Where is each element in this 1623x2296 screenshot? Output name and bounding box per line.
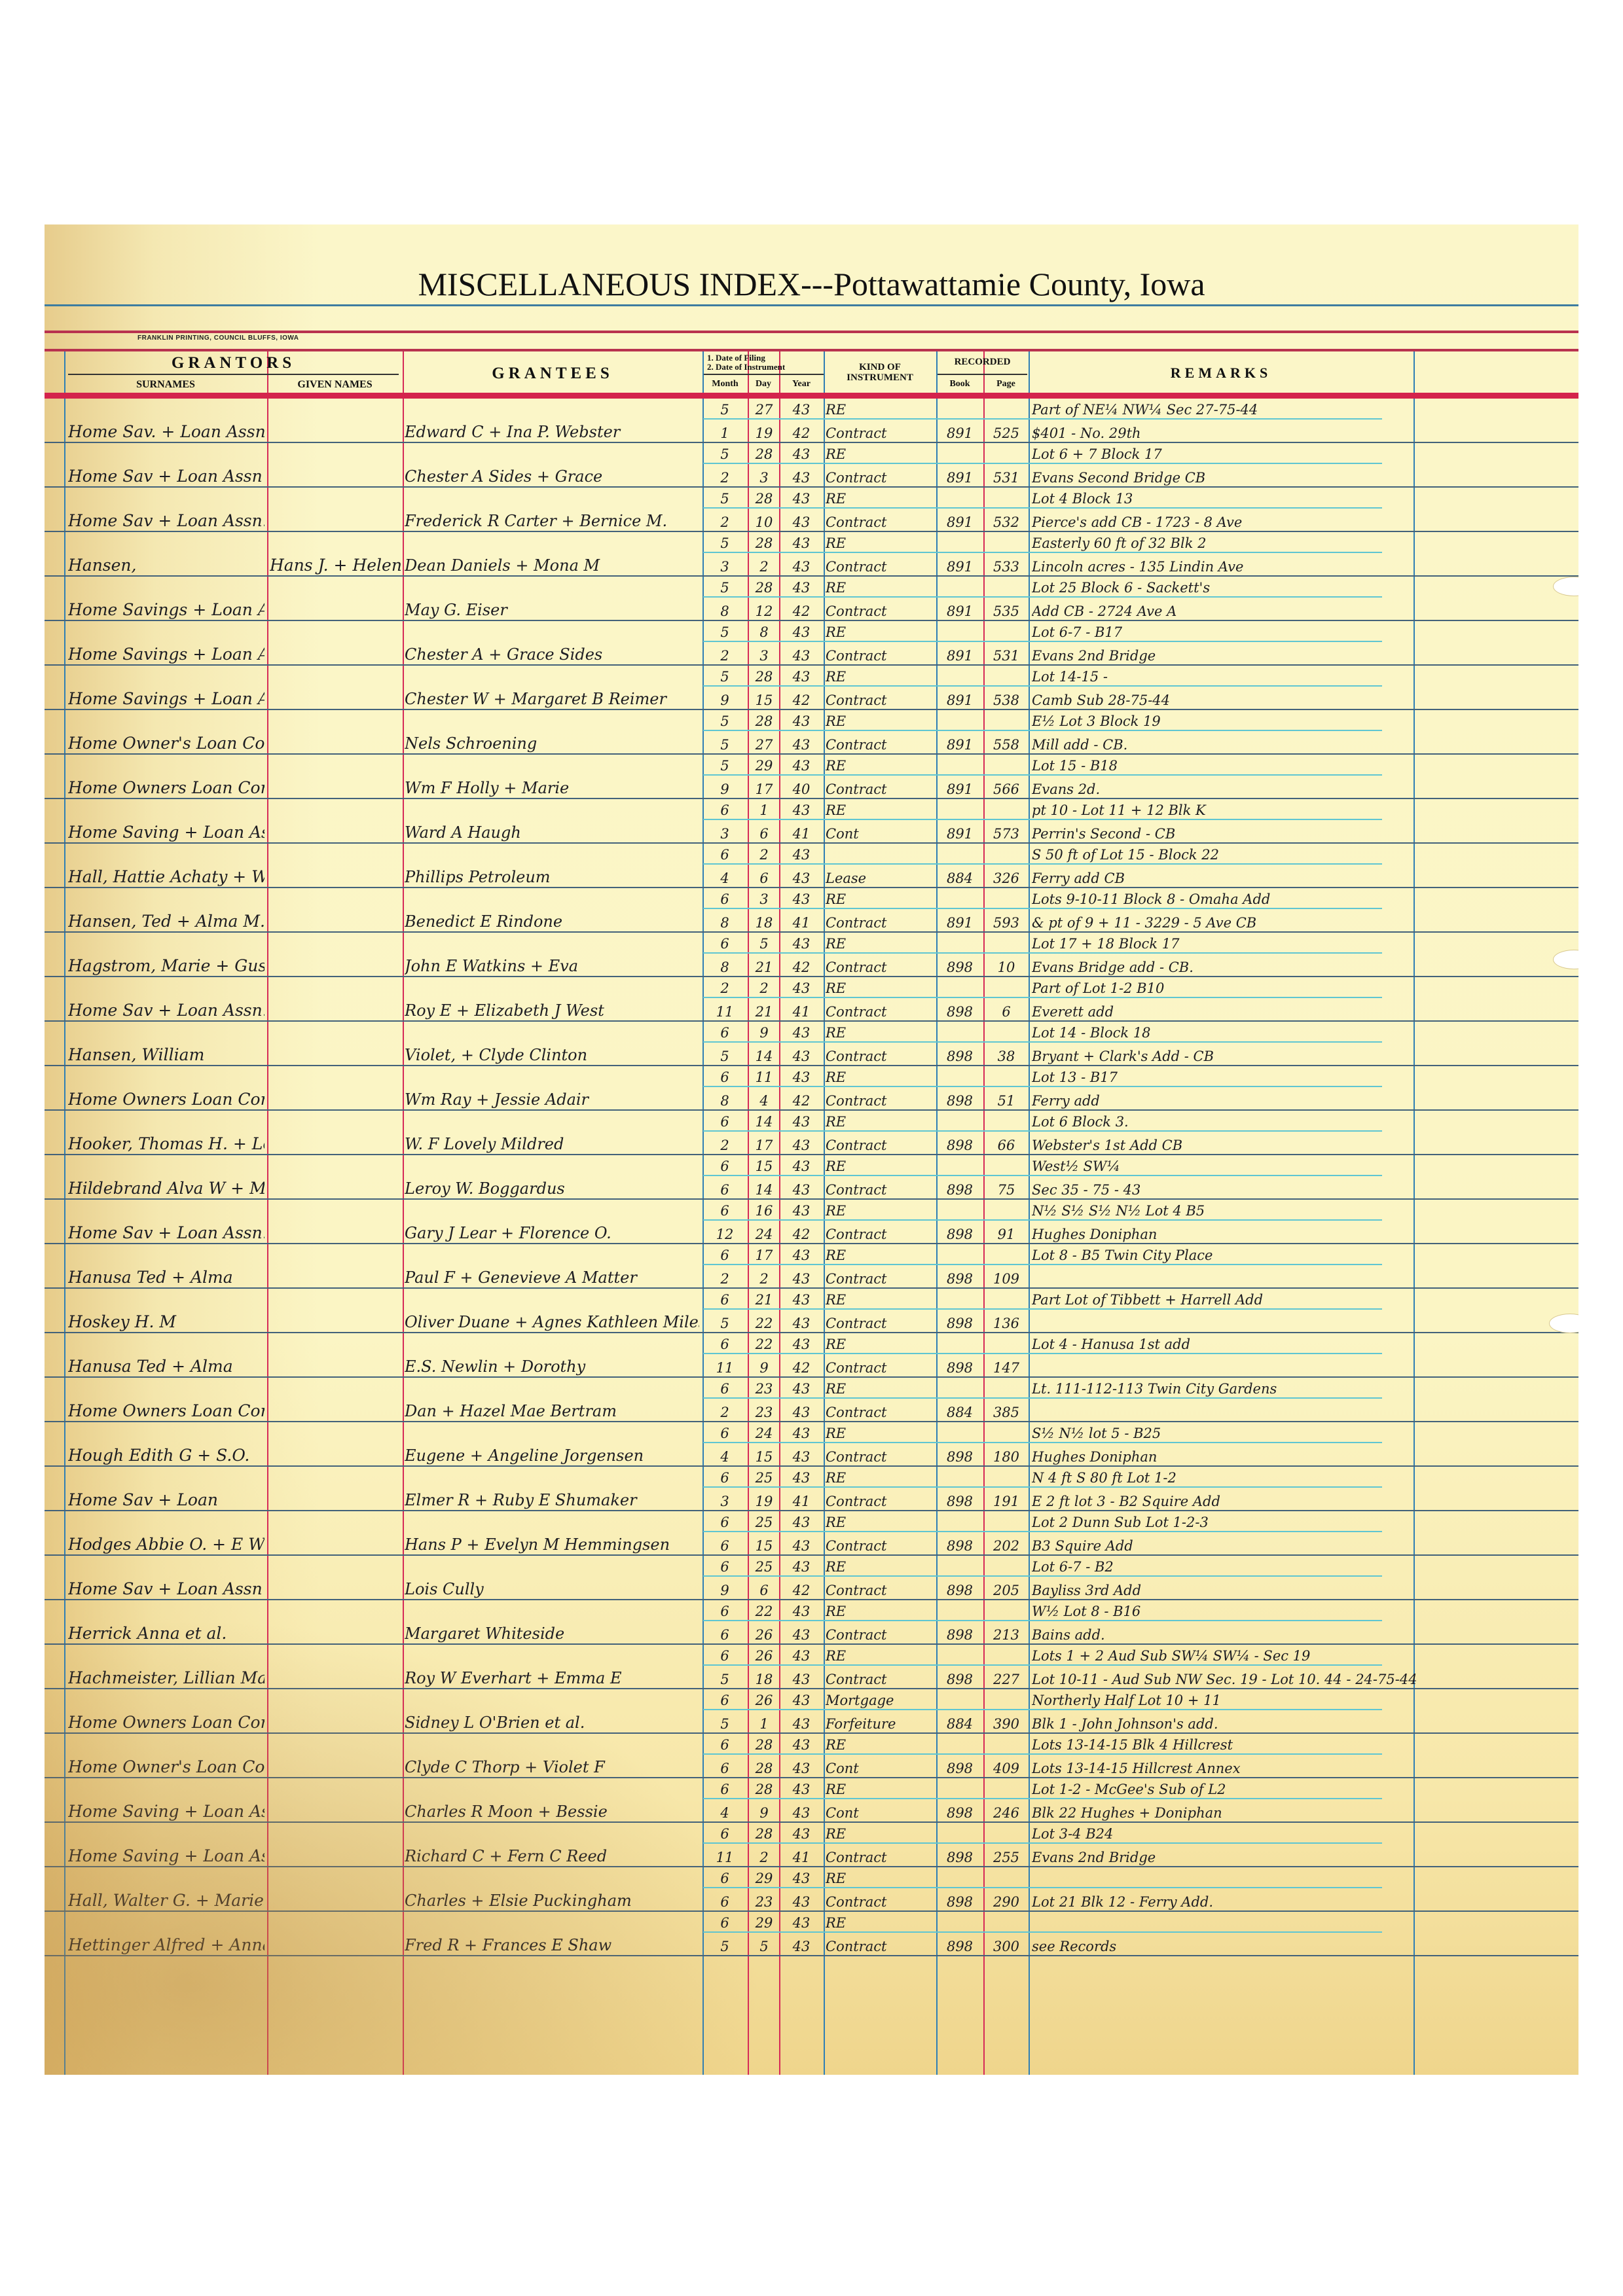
- instrument-day: 19: [749, 1494, 779, 1509]
- filing-kind: RE: [826, 624, 934, 640]
- header-remarks: REMARKS: [1029, 365, 1413, 382]
- grantee: Margaret Whiteside: [405, 1624, 699, 1643]
- instrument-remarks: Camb Sub 28-75-44: [1032, 692, 1425, 708]
- filing-month: 5: [703, 669, 746, 685]
- recorded-book: 898: [938, 1093, 982, 1109]
- filing-month: 5: [703, 446, 746, 462]
- instrument-kind: Contract: [826, 1538, 934, 1554]
- filing-month: 6: [703, 1826, 746, 1842]
- header-page: Page: [983, 379, 1029, 389]
- filing-day: 15: [749, 1158, 779, 1174]
- filing-day: 11: [749, 1069, 779, 1085]
- filing-kind: RE: [826, 491, 934, 507]
- entry-filing-line: 5 28 43 RE Lot 6 + 7 Block 17: [45, 443, 1578, 464]
- filing-day: 26: [749, 1648, 779, 1664]
- instrument-month: 5: [703, 1049, 746, 1064]
- entry-instrument-line: Home Owners Loan Corp. Dan + Hazel Mae B…: [45, 1399, 1578, 1422]
- filing-kind: RE: [826, 1737, 934, 1753]
- instrument-remarks: Pierce's add CB - 1723 - 8 Ave: [1032, 514, 1425, 530]
- grantor-surname: Hodges Abbie O. + E W: [68, 1535, 264, 1554]
- filing-day: 29: [749, 758, 779, 774]
- filing-day: 8: [749, 624, 779, 640]
- instrument-kind: Contract: [826, 1627, 934, 1643]
- instrument-remarks: Bryant + Clark's Add - CB: [1032, 1049, 1425, 1064]
- filing-day: 28: [749, 491, 779, 507]
- ledger-page: MISCELLANEOUS INDEX---Pottawattamie Coun…: [45, 224, 1578, 2075]
- filing-day: 28: [749, 446, 779, 462]
- recorded-page: 202: [985, 1538, 1028, 1554]
- instrument-month: 6: [703, 1538, 746, 1554]
- filing-kind: RE: [826, 1559, 934, 1575]
- filing-remarks: West½ SW¼: [1032, 1158, 1425, 1174]
- filing-day: 17: [749, 1247, 779, 1263]
- entry-filing-line: 6 29 43 RE: [45, 1912, 1578, 1933]
- instrument-kind: Contract: [826, 514, 934, 530]
- filing-month: 6: [703, 1559, 746, 1575]
- filing-year: 43: [780, 1292, 822, 1308]
- filing-month: 5: [703, 624, 746, 640]
- instrument-day: 5: [749, 1939, 779, 1954]
- instrument-remarks: Webster's 1st Add CB: [1032, 1138, 1425, 1153]
- recorded-book: 891: [938, 781, 982, 797]
- filing-kind: RE: [826, 1604, 934, 1619]
- filing-remarks: S½ N½ lot 5 - B25: [1032, 1426, 1425, 1441]
- filing-remarks: Easterly 60 ft of 32 Blk 2: [1032, 535, 1425, 551]
- filing-day: 28: [749, 1782, 779, 1797]
- entry-instrument-line: Home Sav + Loan Assn. Frederick R Carter…: [45, 509, 1578, 532]
- instrument-remarks: Evans Bridge add - CB.: [1032, 960, 1425, 975]
- entry-instrument-line: Home Sav + Loan Elmer R + Ruby E Shumake…: [45, 1488, 1578, 1511]
- recorded-book: 891: [938, 915, 982, 931]
- grantor-surname: Hagstrom, Marie + Gustof O.: [68, 956, 264, 975]
- filing-kind: RE: [826, 402, 934, 418]
- entry-instrument-line: Hanusa Ted + Alma E.S. Newlin + Dorothy …: [45, 1354, 1578, 1378]
- instrument-kind: Contract: [826, 737, 934, 753]
- filing-month: 6: [703, 1782, 746, 1797]
- instrument-year: 41: [780, 1494, 822, 1509]
- filing-year: 43: [780, 1114, 822, 1130]
- instrument-remarks: Evans 2d.: [1032, 781, 1425, 797]
- instrument-day: 15: [749, 1449, 779, 1465]
- instrument-year: 43: [780, 514, 822, 530]
- filing-remarks: S 50 ft of Lot 15 - Block 22: [1032, 847, 1425, 863]
- grantee: Elmer R + Ruby E Shumaker: [405, 1491, 699, 1509]
- instrument-kind: Contract: [826, 1894, 934, 1910]
- grantee: Oliver Duane + Agnes Kathleen Miles: [405, 1313, 699, 1331]
- instrument-year: 42: [780, 1227, 822, 1242]
- filing-year: 43: [780, 624, 822, 640]
- instrument-month: 8: [703, 1093, 746, 1109]
- filing-day: 3: [749, 891, 779, 907]
- filing-day: 14: [749, 1114, 779, 1130]
- filing-year: 43: [780, 847, 822, 863]
- instrument-kind: Contract: [826, 1227, 934, 1242]
- instrument-year: 43: [780, 1761, 822, 1776]
- entry-filing-line: 5 29 43 RE Lot 15 - B18: [45, 755, 1578, 776]
- filing-month: 6: [703, 802, 746, 818]
- filing-day: 5: [749, 936, 779, 952]
- instrument-day: 23: [749, 1894, 779, 1910]
- recorded-page: 532: [985, 514, 1028, 530]
- instrument-month: 5: [703, 1316, 746, 1331]
- instrument-kind: Contract: [826, 1049, 934, 1064]
- header-year: Year: [779, 379, 824, 389]
- recorded-book: 898: [938, 1271, 982, 1287]
- grantor-surname: Hanusa Ted + Alma: [68, 1268, 264, 1287]
- filing-kind: RE: [826, 1426, 934, 1441]
- recorded-book: 891: [938, 603, 982, 619]
- grantor-surname: Home Owners Loan Corp.: [68, 778, 264, 797]
- filing-remarks: W½ Lot 8 - B16: [1032, 1604, 1425, 1619]
- filing-day: 28: [749, 669, 779, 685]
- filing-month: 5: [703, 402, 746, 418]
- instrument-year: 43: [780, 1672, 822, 1687]
- recorded-page: 191: [985, 1494, 1028, 1509]
- instrument-year: 42: [780, 1583, 822, 1598]
- instrument-remarks: E 2 ft lot 3 - B2 Squire Add: [1032, 1494, 1425, 1509]
- instrument-year: 43: [780, 737, 822, 753]
- filing-month: 6: [703, 1648, 746, 1664]
- header-month: Month: [702, 379, 748, 389]
- instrument-day: 9: [749, 1360, 779, 1376]
- recorded-page: 213: [985, 1627, 1028, 1643]
- filing-year: 43: [780, 1915, 822, 1931]
- filing-remarks: Lot 3-4 B24: [1032, 1826, 1425, 1842]
- entry-instrument-line: Herrick Anna et al. Margaret Whiteside 6…: [45, 1621, 1578, 1645]
- grantor-surname: Home Sav + Loan Assn.: [68, 511, 264, 530]
- instrument-year: 43: [780, 870, 822, 886]
- grantee: E.S. Newlin + Dorothy: [405, 1357, 699, 1376]
- filing-month: 6: [703, 1737, 746, 1753]
- instrument-month: 11: [703, 1360, 746, 1376]
- filing-year: 43: [780, 1604, 822, 1619]
- filing-year: 43: [780, 1426, 822, 1441]
- recorded-page: 531: [985, 470, 1028, 486]
- entry-instrument-line: Hildebrand Alva W + Mary E. Leroy W. Bog…: [45, 1176, 1578, 1200]
- instrument-month: 6: [703, 1894, 746, 1910]
- recorded-page: 136: [985, 1316, 1028, 1331]
- filing-year: 43: [780, 491, 822, 507]
- instrument-kind: Contract: [826, 1004, 934, 1020]
- instrument-year: 42: [780, 1360, 822, 1376]
- instrument-kind: Contract: [826, 425, 934, 441]
- instrument-day: 27: [749, 737, 779, 753]
- grantee: John E Watkins + Eva: [405, 957, 699, 975]
- instrument-kind: Contract: [826, 1360, 934, 1376]
- grantee: May G. Eiser: [405, 601, 699, 619]
- instrument-year: 43: [780, 1138, 822, 1153]
- entry-filing-line: 6 22 43 RE W½ Lot 8 - B16: [45, 1600, 1578, 1621]
- instrument-day: 26: [749, 1627, 779, 1643]
- recorded-page: 385: [985, 1405, 1028, 1420]
- entry-filing-line: 6 11 43 RE Lot 13 - B17: [45, 1066, 1578, 1087]
- page-title: MISCELLANEOUS INDEX---Pottawattamie Coun…: [45, 265, 1578, 303]
- instrument-kind: Lease: [826, 870, 934, 886]
- filing-kind: RE: [826, 1381, 934, 1397]
- filing-kind: RE: [826, 446, 934, 462]
- instrument-month: 4: [703, 870, 746, 886]
- header-grantors: GRANTORS: [64, 354, 403, 372]
- recorded-page: 558: [985, 737, 1028, 753]
- entry-filing-line: 6 28 43 RE Lot 3-4 B24: [45, 1823, 1578, 1844]
- instrument-day: 6: [749, 1583, 779, 1598]
- filing-remarks: Lot 15 - B18: [1032, 758, 1425, 774]
- filing-kind: RE: [826, 891, 934, 907]
- filing-month: 5: [703, 580, 746, 596]
- recorded-page: 246: [985, 1805, 1028, 1821]
- grantor-surname: Home Sav + Loan Assn: [68, 1579, 264, 1598]
- filing-year: 43: [780, 535, 822, 551]
- instrument-month: 2: [703, 1138, 746, 1153]
- instrument-remarks: Perrin's Second - CB: [1032, 826, 1425, 842]
- filing-kind: RE: [826, 669, 934, 685]
- instrument-month: 9: [703, 1583, 746, 1598]
- recorded-book: 884: [938, 1716, 982, 1732]
- entry-instrument-line: Hettinger Alfred + Annabelle Fred R + Fr…: [45, 1933, 1578, 1956]
- entry-instrument-line: Home Sav + Loan Assn. Gary J Lear + Flor…: [45, 1221, 1578, 1244]
- instrument-month: 2: [703, 1271, 746, 1287]
- instrument-kind: Forfeiture: [826, 1716, 934, 1732]
- entry-filing-line: 6 16 43 RE N½ S½ S½ N½ Lot 4 B5: [45, 1200, 1578, 1221]
- header-date-legend-1: 1. Date of Filing: [707, 353, 765, 363]
- grantee: Wm F Holly + Marie: [405, 779, 699, 797]
- filing-remarks: Lot 6-7 - B2: [1032, 1559, 1425, 1575]
- entry-instrument-line: Hall, Hattie Achaty + William E Phillips…: [45, 865, 1578, 888]
- recorded-page: 227: [985, 1672, 1028, 1687]
- filing-month: 6: [703, 1604, 746, 1619]
- instrument-remarks: & pt of 9 + 11 - 3229 - 5 Ave CB: [1032, 915, 1425, 931]
- filing-day: 28: [749, 1737, 779, 1753]
- recorded-book: 898: [938, 1761, 982, 1776]
- instrument-year: 43: [780, 1627, 822, 1643]
- recorded-page: 51: [985, 1093, 1028, 1109]
- filing-year: 43: [780, 1559, 822, 1575]
- instrument-month: 1: [703, 425, 746, 441]
- instrument-month: 6: [703, 1761, 746, 1776]
- filing-day: 2: [749, 847, 779, 863]
- grantor-surname: Home Sav + Loan Assn.: [68, 1223, 264, 1242]
- grantee: Roy E + Elizabeth J West: [405, 1001, 699, 1020]
- grantee: Chester W + Margaret B Reimer: [405, 690, 699, 708]
- instrument-remarks: Evans 2nd Bridge: [1032, 1850, 1425, 1865]
- instrument-month: 8: [703, 603, 746, 619]
- filing-remarks: Lot 8 - B5 Twin City Place: [1032, 1247, 1425, 1263]
- entry-filing-line: 6 25 43 RE Lot 6-7 - B2: [45, 1556, 1578, 1577]
- recorded-book: 891: [938, 826, 982, 842]
- filing-month: 6: [703, 1158, 746, 1174]
- filing-kind: RE: [826, 1114, 934, 1130]
- instrument-kind: Contract: [826, 1138, 934, 1153]
- instrument-remarks: Ferry add CB: [1032, 870, 1425, 886]
- filing-year: 43: [780, 1470, 822, 1486]
- instrument-kind: Contract: [826, 1316, 934, 1331]
- recorded-book: 898: [938, 1494, 982, 1509]
- grantee: Lois Cully: [405, 1580, 699, 1598]
- filing-kind: RE: [826, 802, 934, 818]
- instrument-kind: Cont: [826, 826, 934, 842]
- filing-day: 25: [749, 1515, 779, 1530]
- filing-year: 43: [780, 1025, 822, 1041]
- instrument-year: 43: [780, 559, 822, 575]
- recorded-page: 531: [985, 648, 1028, 664]
- grantee: Paul F + Genevieve A Matter: [405, 1268, 699, 1287]
- filing-day: 28: [749, 535, 779, 551]
- filing-year: 43: [780, 1871, 822, 1886]
- grantee: Chester A + Grace Sides: [405, 645, 699, 664]
- grantor-surname: Hachmeister, Lillian Marie: [68, 1668, 264, 1687]
- filing-year: 43: [780, 758, 822, 774]
- printer-rule-top: [45, 331, 1578, 333]
- filing-remarks: Lot 25 Block 6 - Sackett's: [1032, 580, 1425, 596]
- entry-instrument-line: Home Savings + Loan Ass'n Chester A + Gr…: [45, 642, 1578, 666]
- grantee: Gary J Lear + Florence O.: [405, 1224, 699, 1242]
- instrument-year: 43: [780, 1805, 822, 1821]
- filing-day: 21: [749, 1292, 779, 1308]
- recorded-book: 898: [938, 1138, 982, 1153]
- instrument-kind: Cont: [826, 1761, 934, 1776]
- filing-day: 2: [749, 980, 779, 996]
- entry-filing-line: 2 2 43 RE Part of Lot 1-2 B10: [45, 977, 1578, 998]
- grantee: W. F Lovely Mildred: [405, 1135, 699, 1153]
- grantor-surname: Hall, Walter G. + Marie J.: [68, 1891, 264, 1910]
- grantee: Violet, + Clyde Clinton: [405, 1046, 699, 1064]
- instrument-day: 15: [749, 1538, 779, 1554]
- recorded-book: 898: [938, 1583, 982, 1598]
- instrument-kind: Contract: [826, 559, 934, 575]
- filing-kind: Mortgage: [826, 1693, 934, 1708]
- instrument-year: 42: [780, 603, 822, 619]
- filing-remarks: E½ Lot 3 Block 19: [1032, 713, 1425, 729]
- entry-instrument-line: Home Saving + Loan Ass'n Charles R Moon …: [45, 1799, 1578, 1823]
- entry-filing-line: 5 28 43 RE Easterly 60 ft of 32 Blk 2: [45, 532, 1578, 553]
- filing-month: 6: [703, 1203, 746, 1219]
- instrument-kind: Contract: [826, 1182, 934, 1198]
- entry-filing-line: 6 26 43 RE Lots 1 + 2 Aud Sub SW¼ SW¼ - …: [45, 1645, 1578, 1666]
- filing-day: 29: [749, 1915, 779, 1931]
- grantee: Dan + Hazel Mae Bertram: [405, 1402, 699, 1420]
- grantor-surname: Home Sav + Loan Assn.: [68, 1001, 264, 1020]
- instrument-day: 28: [749, 1761, 779, 1776]
- filing-day: 9: [749, 1025, 779, 1041]
- instrument-year: 43: [780, 648, 822, 664]
- instrument-year: 43: [780, 1449, 822, 1465]
- recorded-book: 898: [938, 1850, 982, 1865]
- instrument-kind: Cont: [826, 1805, 934, 1821]
- grantee: Ward A Haugh: [405, 823, 699, 842]
- filing-month: 5: [703, 758, 746, 774]
- entry-instrument-line: Home Sav. + Loan Assn. Edward C + Ina P.…: [45, 420, 1578, 443]
- instrument-kind: Contract: [826, 781, 934, 797]
- instrument-day: 1: [749, 1716, 779, 1732]
- header-date-legend-2: 2. Date of Instrument: [707, 362, 785, 372]
- grantor-given-names: Hans J. + Helen L: [270, 556, 401, 575]
- recorded-page: 38: [985, 1049, 1028, 1064]
- filing-remarks: Lot 6 Block 3.: [1032, 1114, 1425, 1130]
- instrument-month: 6: [703, 1627, 746, 1643]
- filing-remarks: Lot 2 Dunn Sub Lot 1-2-3: [1032, 1515, 1425, 1530]
- instrument-year: 43: [780, 1939, 822, 1954]
- entry-instrument-line: Hanusa Ted + Alma Paul F + Genevieve A M…: [45, 1265, 1578, 1289]
- entry-instrument-line: Home Owner's Loan Corp. Nels Schroening …: [45, 731, 1578, 755]
- entry-filing-line: 6 25 43 RE N 4 ft S 80 ft Lot 1-2: [45, 1467, 1578, 1488]
- recorded-book: 898: [938, 1538, 982, 1554]
- entry-filing-line: 6 26 43 Mortgage Northerly Half Lot 10 +…: [45, 1689, 1578, 1710]
- entry-filing-line: 6 28 43 RE Lot 1-2 - McGee's Sub of L2: [45, 1778, 1578, 1799]
- instrument-kind: Contract: [826, 1939, 934, 1954]
- instrument-remarks: Sec 35 - 75 - 43: [1032, 1182, 1425, 1198]
- filing-year: 43: [780, 580, 822, 596]
- grantor-surname: Hettinger Alfred + Annabelle: [68, 1935, 264, 1954]
- recorded-book: 884: [938, 870, 982, 886]
- instrument-year: 43: [780, 1538, 822, 1554]
- instrument-day: 2: [749, 1850, 779, 1865]
- instrument-day: 6: [749, 870, 779, 886]
- recorded-book: 891: [938, 559, 982, 575]
- instrument-month: 3: [703, 1494, 746, 1509]
- filing-remarks: Lot 6 + 7 Block 17: [1032, 446, 1425, 462]
- instrument-month: 2: [703, 514, 746, 530]
- filing-kind: RE: [826, 713, 934, 729]
- filing-year: 43: [780, 1069, 822, 1085]
- filing-year: 43: [780, 402, 822, 418]
- entry-filing-line: 6 9 43 RE Lot 14 - Block 18: [45, 1022, 1578, 1043]
- filing-year: 43: [780, 713, 822, 729]
- grantor-surname: Home Savings + Loan Ass'n: [68, 600, 264, 619]
- recorded-page: 533: [985, 559, 1028, 575]
- grantor-surname: Home Owner's Loan Corp: [68, 1757, 264, 1776]
- instrument-day: 15: [749, 692, 779, 708]
- instrument-month: 4: [703, 1449, 746, 1465]
- filing-kind: RE: [826, 1336, 934, 1352]
- entry-instrument-line: Hansen, Ted + Alma M. Benedict E Rindone…: [45, 909, 1578, 933]
- instrument-year: 42: [780, 692, 822, 708]
- grantor-surname: Home Owners Loan Corp.: [68, 1401, 264, 1420]
- header-bottom-rule: [45, 393, 1578, 399]
- instrument-year: 41: [780, 1850, 822, 1865]
- instrument-month: 4: [703, 1805, 746, 1821]
- instrument-remarks: Evans Second Bridge CB: [1032, 470, 1425, 486]
- filing-remarks: Lot 6-7 - B17: [1032, 624, 1425, 640]
- grantee: Eugene + Angeline Jorgensen: [405, 1446, 699, 1465]
- recorded-page: 255: [985, 1850, 1028, 1865]
- filing-year: 43: [780, 936, 822, 952]
- entry-filing-line: 6 25 43 RE Lot 2 Dunn Sub Lot 1-2-3: [45, 1511, 1578, 1532]
- instrument-day: 3: [749, 648, 779, 664]
- entry-instrument-line: Home Saving + Loan Ass'n Ward A Haugh 3 …: [45, 820, 1578, 844]
- entry-instrument-line: Home Sav + Loan Assn. Roy E + Elizabeth …: [45, 998, 1578, 1022]
- grantor-surname: Home Saving + Loan Ass'n: [68, 1802, 264, 1821]
- instrument-kind: Contract: [826, 1850, 934, 1865]
- entry-filing-line: 6 3 43 RE Lots 9-10-11 Block 8 - Omaha A…: [45, 888, 1578, 909]
- filing-day: 28: [749, 713, 779, 729]
- instrument-remarks: Add CB - 2724 Ave A: [1032, 603, 1425, 619]
- filing-kind: RE: [826, 1871, 934, 1886]
- instrument-kind: Contract: [826, 1449, 934, 1465]
- filing-remarks: Part Lot of Tibbett + Harrell Add: [1032, 1292, 1425, 1308]
- entry-instrument-line: Hansen, William Violet, + Clyde Clinton …: [45, 1043, 1578, 1066]
- header-grantees: GRANTEES: [403, 365, 702, 383]
- grantor-surname: Home Owners Loan Corp.: [68, 1090, 264, 1109]
- filing-day: 28: [749, 1826, 779, 1842]
- filing-month: 6: [703, 1069, 746, 1085]
- instrument-kind: Contract: [826, 1405, 934, 1420]
- header-kind-2: INSTRUMENT: [824, 372, 936, 384]
- filing-remarks: Lot 14-15 -: [1032, 669, 1425, 685]
- grantee: Roy W Everhart + Emma E: [405, 1669, 699, 1687]
- recorded-page: 66: [985, 1138, 1028, 1153]
- filing-month: 6: [703, 1247, 746, 1263]
- grantor-surname: Hall, Hattie Achaty + William E: [68, 867, 264, 886]
